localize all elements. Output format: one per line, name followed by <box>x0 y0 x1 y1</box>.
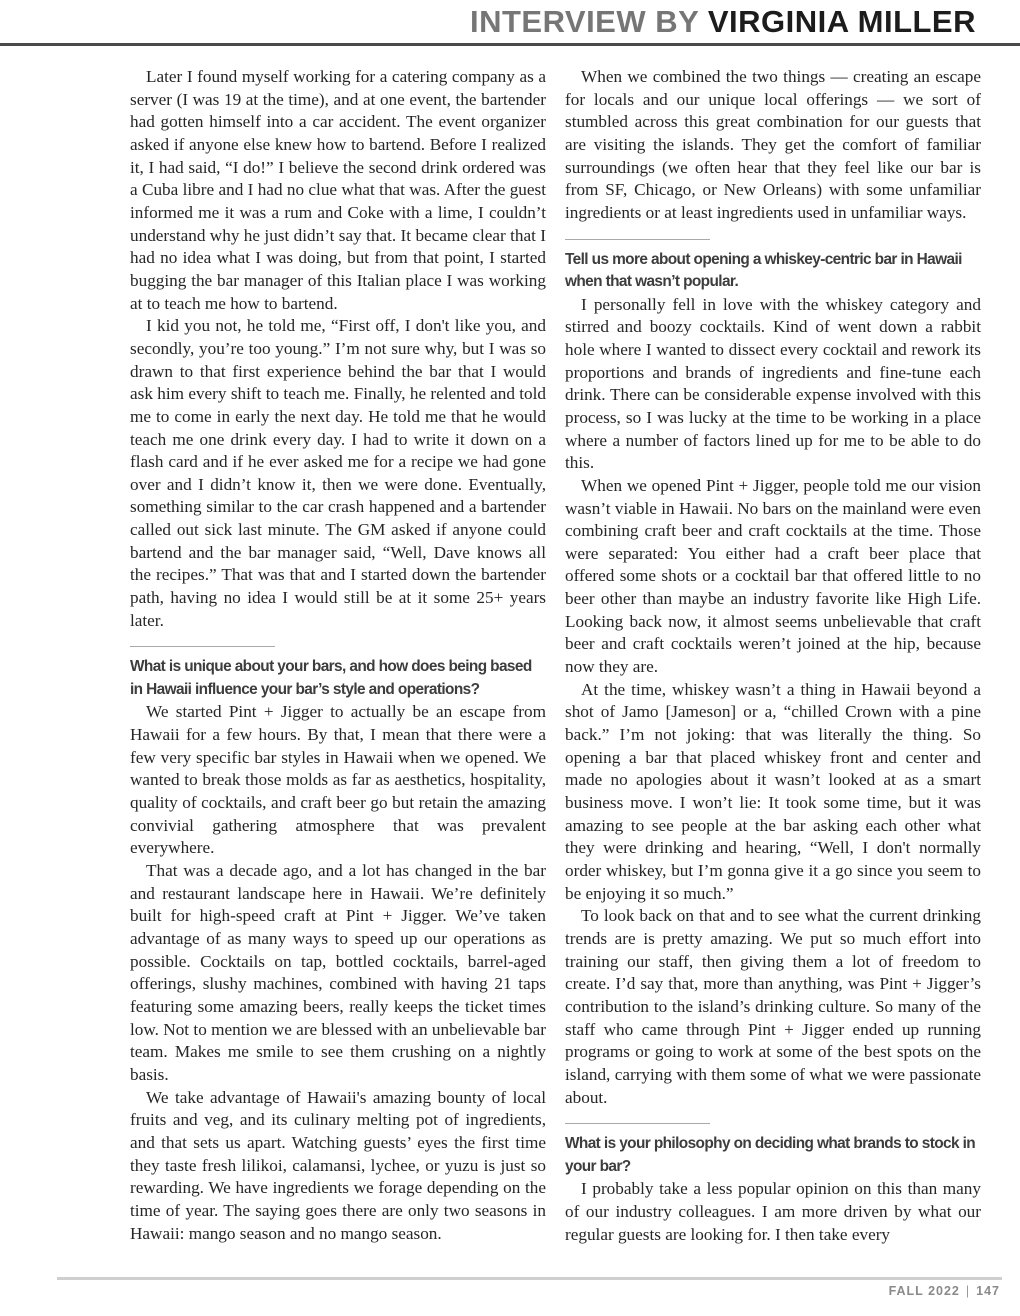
paragraph: I personally fell in love with the whisk… <box>565 294 981 475</box>
page-number: 147 <box>976 1284 1000 1298</box>
question-heading: Tell us more about opening a whiskey-cen… <box>565 249 981 294</box>
paragraph: To look back on that and to see what the… <box>565 905 981 1109</box>
issue-label: FALL 2022 <box>889 1284 960 1298</box>
paragraph: That was a decade ago, and a lot has cha… <box>130 860 546 1087</box>
paragraph: At the time, whiskey wasn’t a thing in H… <box>565 679 981 906</box>
question-heading: What is unique about your bars, and how … <box>130 656 546 701</box>
folio-separator: | <box>966 1284 970 1298</box>
paragraph: We started Pint + Jigger to actually be … <box>130 701 546 860</box>
paragraph: I probably take a less popular opinion o… <box>565 1178 981 1246</box>
header-author: VIRGINIA MILLER <box>708 4 976 39</box>
question-divider <box>565 239 710 240</box>
question-divider <box>565 1123 710 1124</box>
question-heading: What is your philosophy on deciding what… <box>565 1133 981 1178</box>
paragraph: Later I found myself working for a cater… <box>130 66 546 315</box>
page-folio: FALL 2022|147 <box>889 1284 1000 1298</box>
header-lead: INTERVIEW BY <box>470 4 699 39</box>
header-rule <box>0 43 1020 46</box>
paragraph: We take advantage of Hawaii's amazing bo… <box>130 1087 546 1246</box>
paragraph: I kid you not, he told me, “First off, I… <box>130 315 546 632</box>
footer-rule <box>57 1277 1002 1280</box>
header-title: INTERVIEW BY VIRGINIA MILLER <box>470 4 976 40</box>
paragraph: When we opened Pint + Jigger, people tol… <box>565 475 981 679</box>
left-column: Later I found myself working for a cater… <box>130 66 546 1245</box>
paragraph: When we combined the two things — creati… <box>565 66 981 225</box>
right-column: When we combined the two things — creati… <box>565 66 981 1246</box>
question-divider <box>130 646 275 647</box>
